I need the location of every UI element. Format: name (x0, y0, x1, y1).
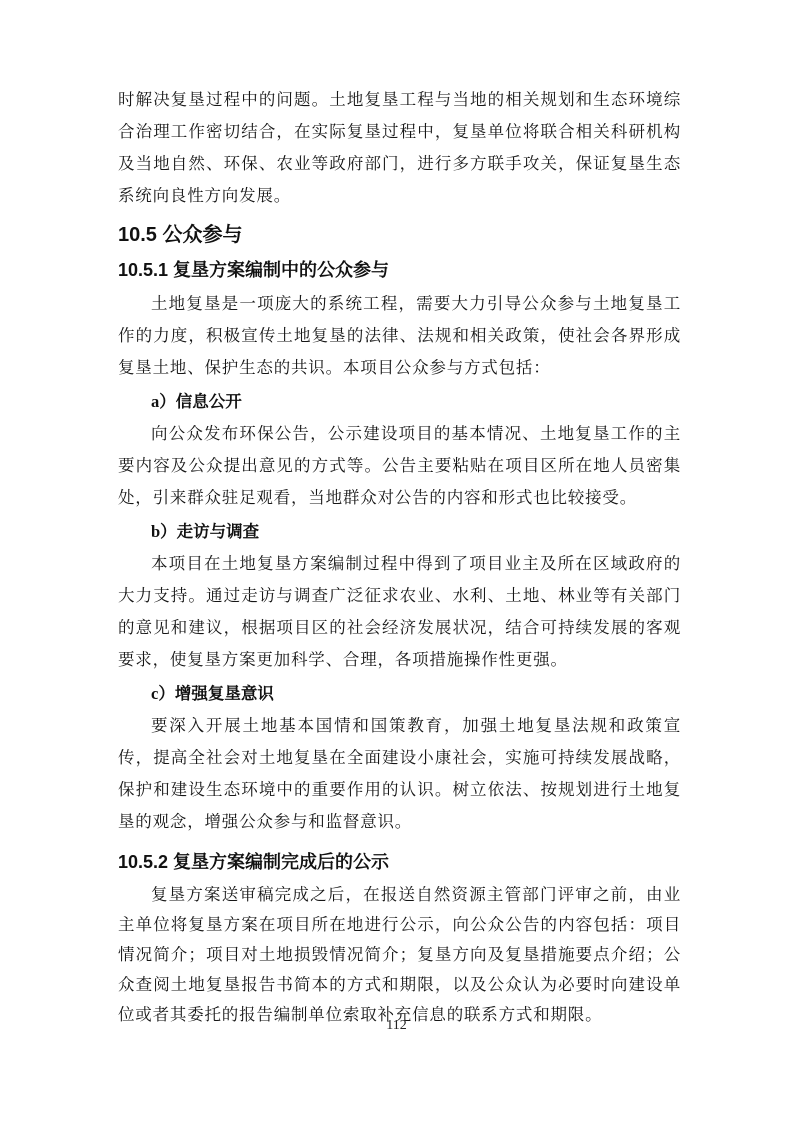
subsection-heading-10-5-2: 10.5.2 复垦方案编制完成后的公示 (118, 848, 681, 876)
subsection-10-5-2-paragraph: 复垦方案送审稿完成之后，在报送自然资源主管部门评审之前，由业主单位将复垦方案在项… (118, 880, 681, 1030)
document-page: 时解决复垦过程中的问题。土地复垦工程与当地的相关规划和生态环境综合治理工作密切结… (0, 0, 793, 1122)
item-b-heading: b）走访与调查 (118, 516, 681, 548)
subsection-10-5-1-paragraph: 土地复垦是一项庞大的系统工程，需要大力引导公众参与土地复垦工作的力度，积极宣传土… (118, 288, 681, 384)
item-c-paragraph: 要深入开展土地基本国情和国策教育，加强土地复垦法规和政策宣传，提高全社会对土地复… (118, 710, 681, 838)
item-a-paragraph: 向公众发布环保公告，公示建设项目的基本情况、土地复垦工作的主要内容及公众提出意见… (118, 418, 681, 514)
item-a-heading: a）信息公开 (118, 386, 681, 418)
subsection-heading-10-5-1: 10.5.1 复垦方案编制中的公众参与 (118, 256, 681, 284)
item-c-heading: c）增强复垦意识 (118, 678, 681, 710)
section-heading-10-5: 10.5 公众参与 (118, 220, 681, 250)
intro-paragraph: 时解决复垦过程中的问题。土地复垦工程与当地的相关规划和生态环境综合治理工作密切结… (118, 84, 681, 212)
page-number: 112 (0, 1018, 793, 1034)
item-b-paragraph: 本项目在土地复垦方案编制过程中得到了项目业主及所在区域政府的大力支持。通过走访与… (118, 548, 681, 676)
